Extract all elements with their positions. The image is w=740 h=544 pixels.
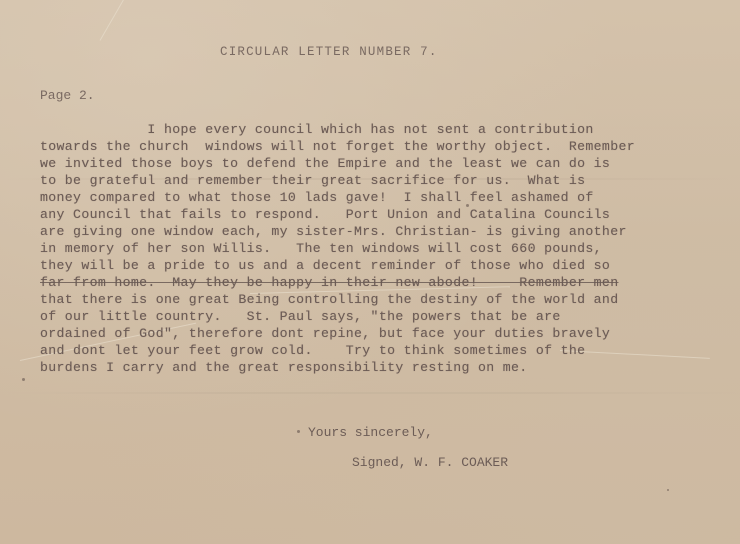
body-line: burdens I carry and the great responsibi… (40, 360, 528, 376)
body-line: we invited those boys to defend the Empi… (40, 156, 610, 172)
paper-crease (100, 0, 131, 41)
paper-fold (0, 392, 740, 394)
body-line: towards the church windows will not forg… (40, 139, 635, 155)
body-line: money compared to what those 10 lads gav… (40, 190, 594, 206)
ink-spot (297, 430, 300, 433)
letter-title: CIRCULAR LETTER NUMBER 7. (220, 45, 438, 59)
body-line: of our little country. St. Paul says, "t… (40, 309, 561, 325)
page-number: Page 2. (40, 88, 95, 103)
body-line: that there is one great Being controllin… (40, 292, 618, 308)
body-line: in memory of her son Willis. The ten win… (40, 241, 602, 257)
body-line: they will be a pride to us and a decent … (40, 258, 610, 274)
signature: Signed, W. F. COAKER (352, 455, 508, 470)
body-line: ordained of God", therefore dont repine,… (40, 326, 610, 342)
body-line: and dont let your feet grow cold. Try to… (40, 343, 585, 359)
body-line: any Council that fails to respond. Port … (40, 207, 610, 223)
ink-spot (22, 378, 25, 381)
closing-salutation: Yours sincerely, (308, 425, 433, 440)
body-line: I hope every council which has not sent … (40, 122, 594, 138)
body-line: are giving one window each, my sister-Mr… (40, 224, 627, 240)
ink-spot (667, 489, 669, 491)
body-line: to be grateful and remember their great … (40, 173, 585, 189)
letter-page: CIRCULAR LETTER NUMBER 7. Page 2. I hope… (0, 0, 740, 544)
body-line: far from home. May they be happy in thei… (40, 275, 618, 291)
